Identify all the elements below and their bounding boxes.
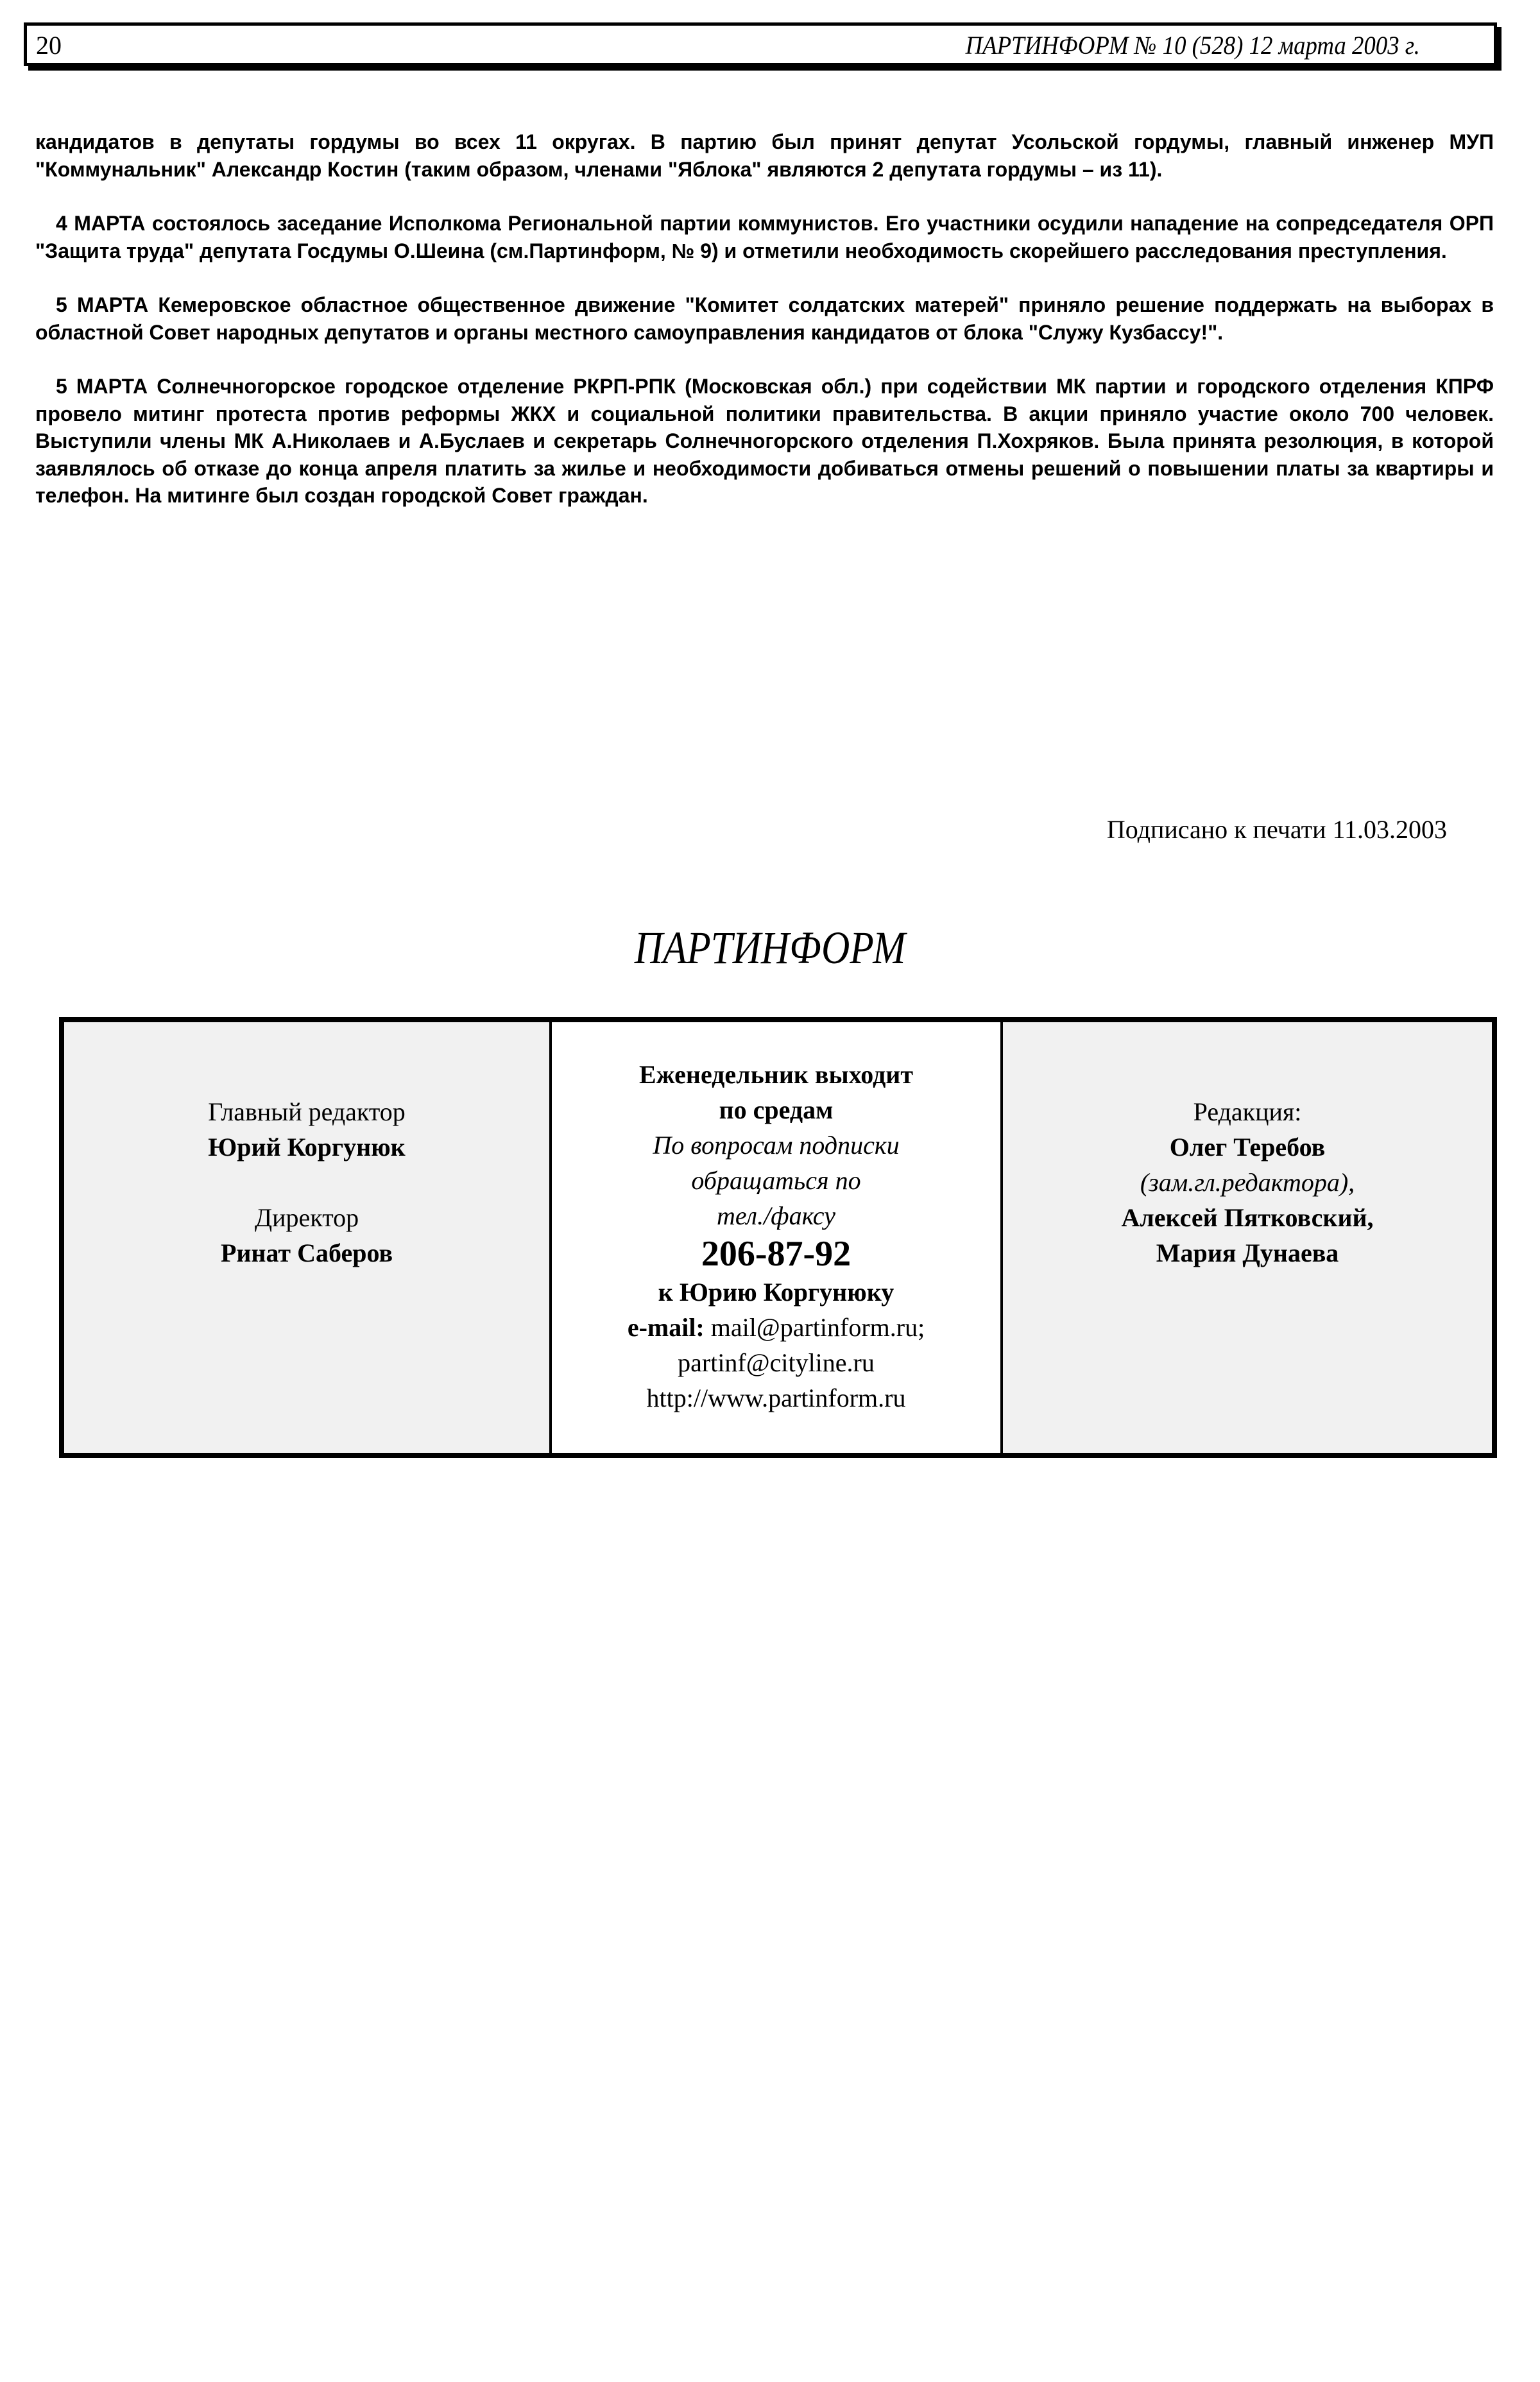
article-body: кандидатов в депутаты гордумы во всех 11…	[35, 128, 1494, 536]
staff-3-name: Мария Дунаева	[1003, 1235, 1492, 1271]
editor-role: Главный редактор	[64, 1094, 549, 1129]
staff-2-name: Алексей Пятковский,	[1003, 1200, 1492, 1235]
imprint-leadership: Главный редактор Юрий Коргунюк Директор …	[64, 1022, 552, 1453]
director-name: Ринат Саберов	[64, 1235, 549, 1271]
imprint-staff: Редакция: Олег Теребов (зам.гл.редактора…	[1003, 1022, 1492, 1453]
subscription-line-2: обращаться по	[552, 1163, 1000, 1198]
paragraph-march-5-solnechnogorsk: 5 МАРТА Солнечногорское городское отделе…	[35, 373, 1494, 510]
paragraph-march-4: 4 МАРТА состоялось заседание Исполкома Р…	[35, 210, 1494, 264]
paragraph-continuation: кандидатов в депутаты гордумы во всех 11…	[35, 128, 1494, 183]
masthead-title: ПАРТИНФОРМ	[116, 919, 1425, 977]
email-link-2[interactable]: partinf@cityline.ru	[552, 1345, 1000, 1380]
paragraph-march-5-kemerovo: 5 МАРТА Кемеровское областное общественн…	[35, 291, 1494, 346]
staff-label: Редакция:	[1003, 1094, 1492, 1129]
email-label: e-mail:	[628, 1313, 705, 1342]
schedule-line-1: Еженедельник выходит	[552, 1057, 1000, 1092]
imprint-contacts: Еженедельник выходит по средам По вопрос…	[552, 1022, 1003, 1453]
page-number: 20	[36, 30, 62, 62]
director-role: Директор	[64, 1200, 549, 1235]
subscription-line-3: тел./факсу	[552, 1198, 1000, 1233]
schedule-line-2: по средам	[552, 1092, 1000, 1127]
running-header: 20 ПАРТИНФОРМ № 10 (528) 12 марта 2003 г…	[24, 22, 1497, 66]
staff-1-role: (зам.гл.редактора),	[1003, 1165, 1492, 1200]
imprint-table: Главный редактор Юрий Коргунюк Директор …	[59, 1017, 1497, 1458]
subscription-line-1: По вопросам подписки	[552, 1127, 1000, 1163]
phone-number: 206-87-92	[552, 1233, 1000, 1274]
editor-name: Юрий Коргунюк	[64, 1129, 549, 1165]
signed-to-print: Подписано к печати 11.03.2003	[1107, 814, 1447, 846]
email-line: e-mail: mail@partinform.ru;	[552, 1310, 1000, 1345]
issue-title: ПАРТИНФОРМ № 10 (528) 12 марта 2003 г.	[966, 30, 1420, 62]
email-link-1[interactable]: mail@partinform.ru;	[711, 1313, 925, 1342]
staff-1-name: Олег Теребов	[1003, 1129, 1492, 1165]
contact-person: к Юрию Коргунюку	[552, 1274, 1000, 1310]
website-link[interactable]: http://www.partinform.ru	[552, 1380, 1000, 1416]
